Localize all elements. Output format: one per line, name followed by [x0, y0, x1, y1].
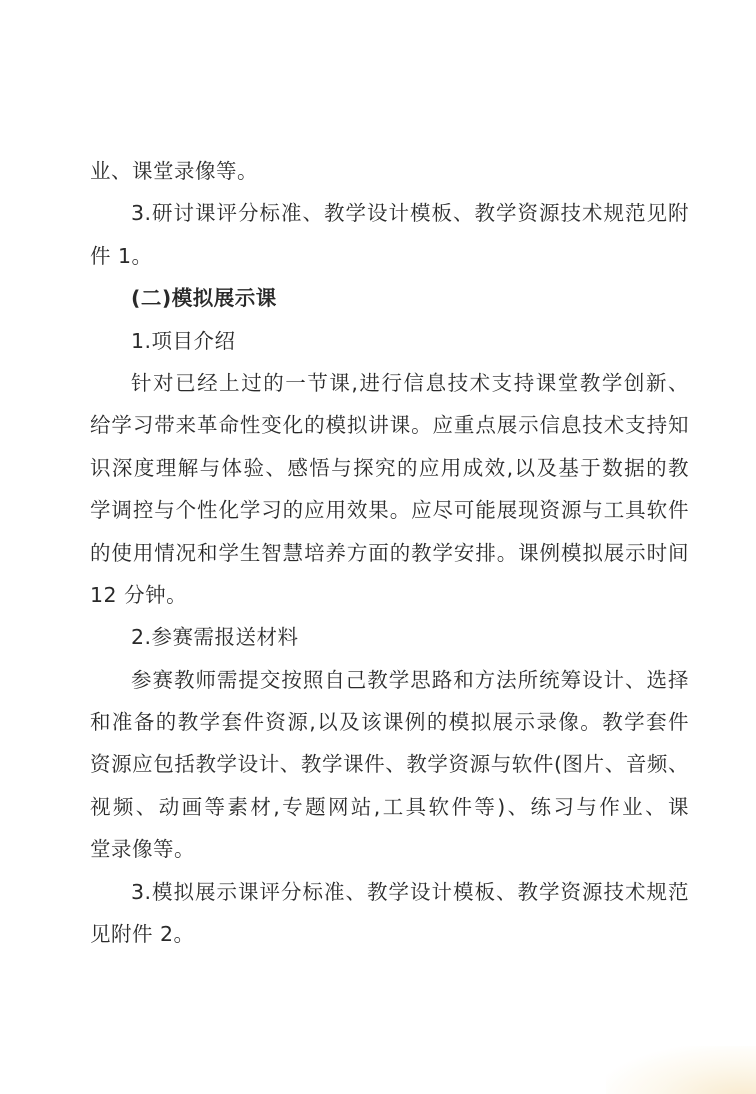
- text-line: 3.研讨课评分标准、教学设计模板、教学资源技术规范见附: [90, 192, 689, 234]
- text-line: 业、课堂录像等。: [90, 150, 689, 192]
- text-line: 针对已经上过的一节课,进行信息技术支持课堂教学创新、: [90, 362, 689, 404]
- text-line: 资源应包括教学设计、教学课件、教学资源与软件(图片、音频、: [90, 743, 689, 785]
- text-line: 堂录像等。: [90, 828, 689, 870]
- text-line: 参赛教师需提交按照自己教学思路和方法所统筹设计、选择: [90, 659, 689, 701]
- text-line: 的使用情况和学生智慧培养方面的教学安排。课例模拟展示时间: [90, 532, 689, 574]
- text-line: 给学习带来革命性变化的模拟讲课。应重点展示信息技术支持知: [90, 404, 689, 446]
- text-line: 3.模拟展示课评分标准、教学设计模板、教学资源技术规范: [90, 871, 689, 913]
- text-line: 和准备的教学套件资源,以及该课例的模拟展示录像。教学套件: [90, 701, 689, 743]
- section-heading: (二)模拟展示课: [90, 277, 689, 319]
- text-line: 件 1。: [90, 235, 689, 277]
- text-line: 学调控与个性化学习的应用效果。应尽可能展现资源与工具软件: [90, 489, 689, 531]
- text-line: 识深度理解与体验、感悟与探究的应用成效,以及基于数据的教: [90, 447, 689, 489]
- text-line: 12 分钟。: [90, 574, 689, 616]
- text-line: 见附件 2。: [90, 913, 689, 955]
- text-line: 视频、动画等素材,专题网站,工具软件等)、练习与作业、课: [90, 786, 689, 828]
- text-line: 1.项目介绍: [90, 320, 689, 362]
- text-line: 2.参赛需报送材料: [90, 616, 689, 658]
- document-body: 业、课堂录像等。3.研讨课评分标准、教学设计模板、教学资源技术规范见附件 1。(…: [90, 150, 689, 955]
- scan-corner-artifact: [606, 1046, 756, 1094]
- document-page: 业、课堂录像等。3.研讨课评分标准、教学设计模板、教学资源技术规范见附件 1。(…: [0, 0, 756, 1094]
